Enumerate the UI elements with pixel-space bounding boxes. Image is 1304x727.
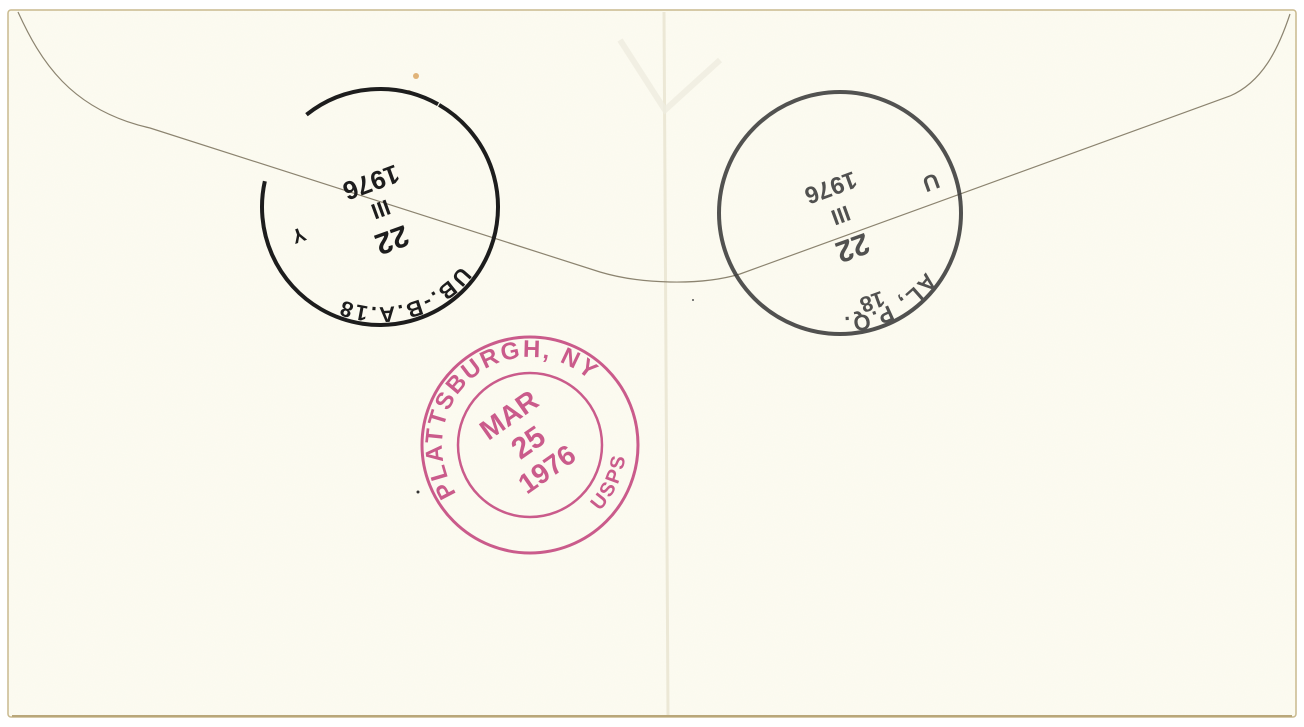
stain bbox=[413, 73, 419, 79]
envelope-scan: UB.-B.A.18 1976 III 22 Y AL, P.Q. 1976 I… bbox=[0, 0, 1304, 727]
envelope bbox=[8, 10, 1296, 717]
